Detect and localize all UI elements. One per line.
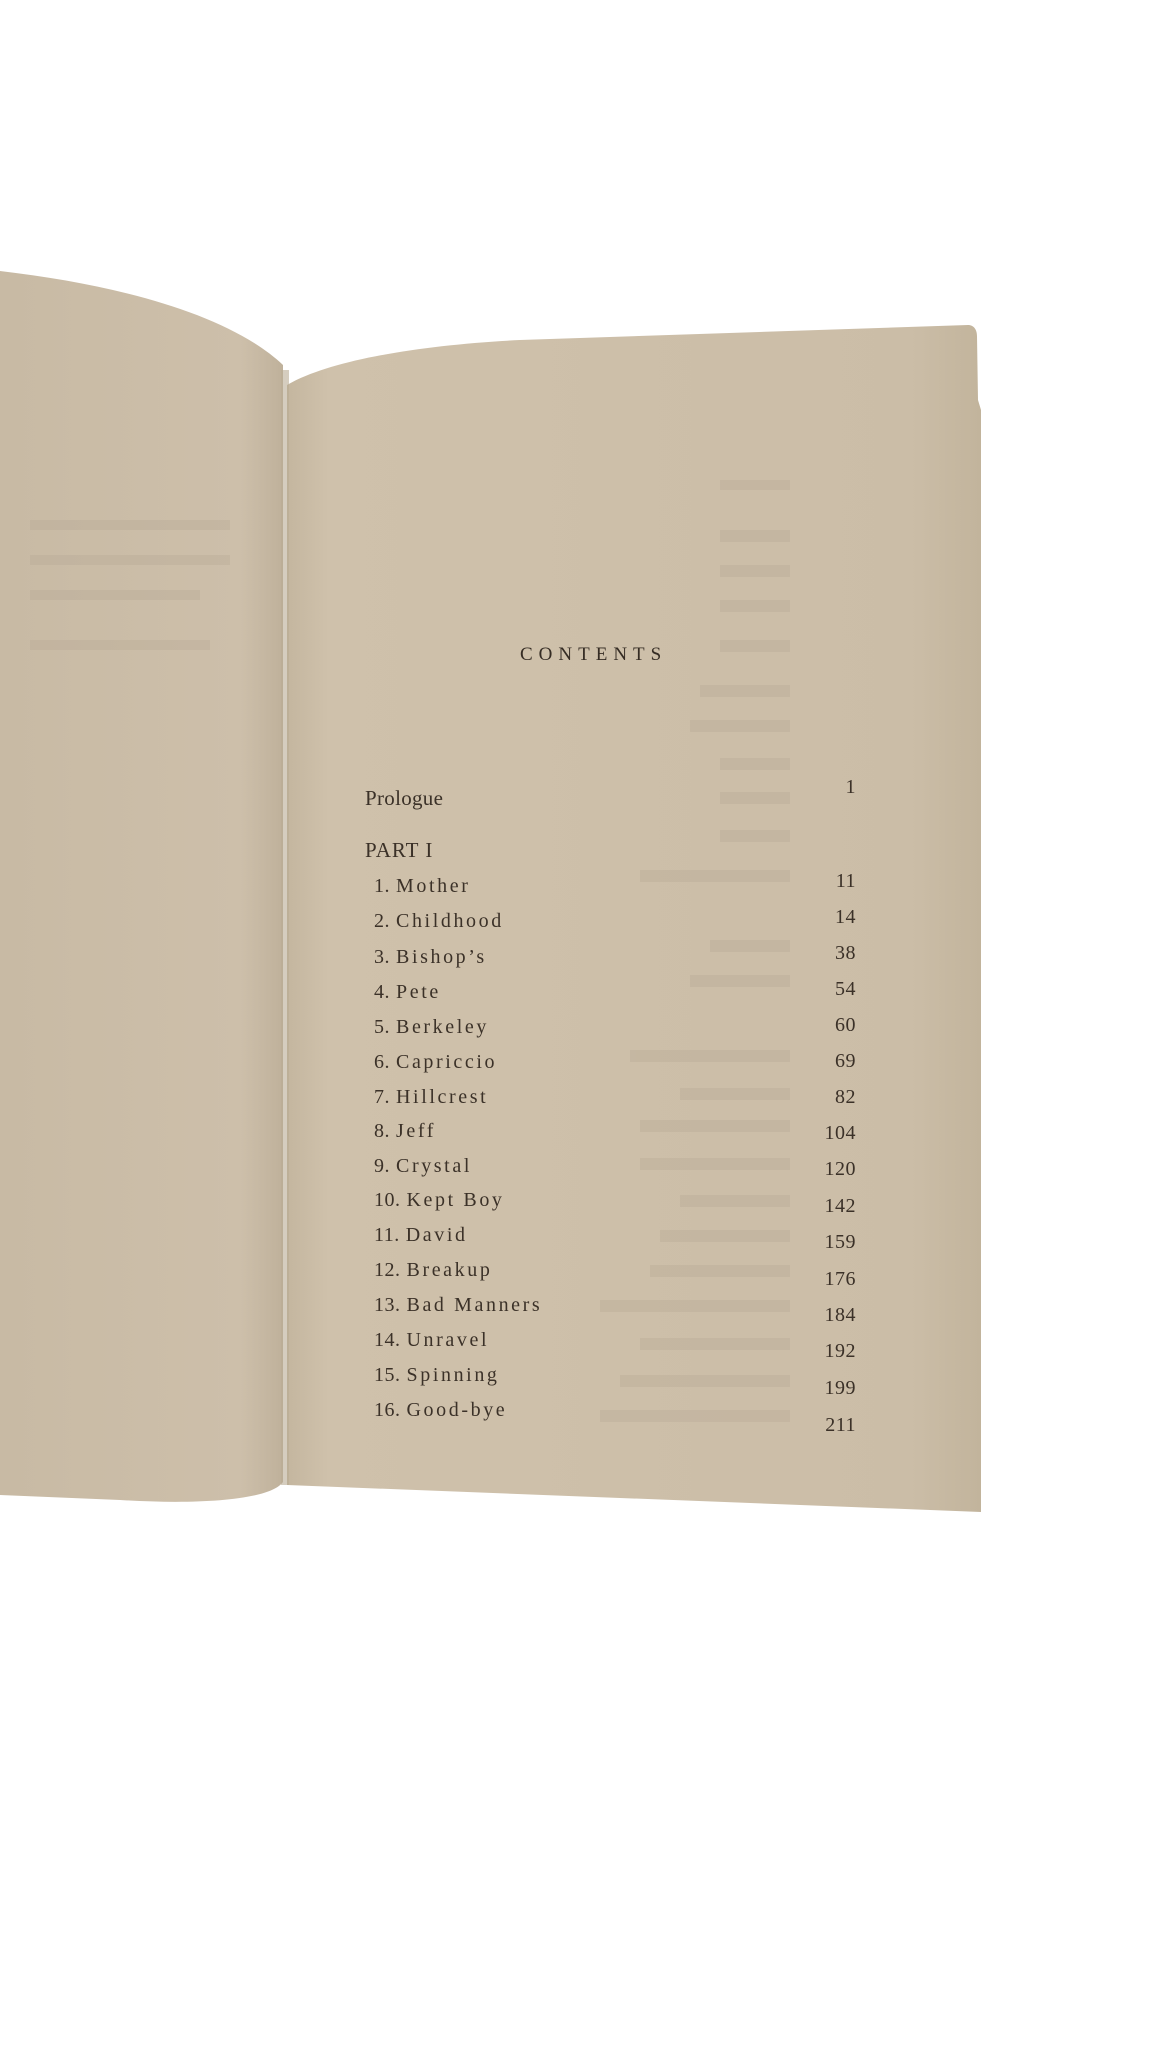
- chapter-title: Childhood: [396, 910, 504, 932]
- chapter-title: Jeff: [396, 1120, 436, 1142]
- chapter-title: Breakup: [407, 1259, 493, 1281]
- chapter-entry: 8.Jeff: [374, 1120, 436, 1143]
- chapter-page-number: 69: [776, 1050, 856, 1073]
- chapter-page-number: 184: [776, 1304, 856, 1327]
- chapter-page-number: 199: [776, 1377, 856, 1400]
- chapter-entry: 14.Unravel: [374, 1329, 489, 1352]
- chapter-entry: 7.Hillcrest: [374, 1086, 488, 1109]
- chapter-entry: 4.Pete: [374, 981, 441, 1004]
- chapter-title: Berkeley: [396, 1016, 489, 1038]
- chapter-page-number: 159: [776, 1231, 856, 1254]
- prologue-entry: Prologue: [365, 786, 443, 811]
- chapter-page-number: 142: [776, 1195, 856, 1218]
- chapter-page-number: 192: [776, 1340, 856, 1363]
- chapter-page-number: 120: [776, 1158, 856, 1181]
- chapter-page-number: 82: [776, 1086, 856, 1109]
- chapter-title: Capriccio: [396, 1051, 497, 1073]
- chapter-title: Hillcrest: [396, 1086, 488, 1108]
- chapter-entry: 3.Bishop’s: [374, 946, 487, 969]
- chapter-title: Good-bye: [407, 1399, 508, 1421]
- chapter-page-number: 38: [776, 942, 856, 965]
- chapter-title: Spinning: [407, 1364, 500, 1386]
- chapter-title: David: [406, 1224, 468, 1246]
- chapter-entry: 13.Bad Manners: [374, 1294, 542, 1317]
- chapter-entry: 1.Mother: [374, 875, 470, 898]
- chapter-entry: 15.Spinning: [374, 1364, 500, 1387]
- open-book: CONTENTS Prologue 1 PART I 1.Mother 11 2…: [0, 0, 1153, 2048]
- part-heading: PART I: [365, 838, 433, 863]
- chapter-entry: 2.Childhood: [374, 910, 504, 933]
- chapter-title: Kept Boy: [407, 1189, 505, 1211]
- chapter-entry: 5.Berkeley: [374, 1016, 489, 1039]
- prologue-page-number: 1: [776, 776, 856, 799]
- table-of-contents: CONTENTS Prologue 1 PART I 1.Mother 11 2…: [0, 0, 1153, 2048]
- chapter-entry: 11.David: [374, 1224, 468, 1247]
- chapter-title: Bad Manners: [407, 1294, 543, 1316]
- chapter-entry: 9.Crystal: [374, 1155, 472, 1178]
- chapter-entry: 16.Good-bye: [374, 1399, 507, 1422]
- chapter-page-number: 60: [776, 1014, 856, 1037]
- contents-heading: CONTENTS: [520, 644, 667, 666]
- chapter-title: Unravel: [407, 1329, 490, 1351]
- chapter-page-number: 211: [776, 1414, 856, 1437]
- chapter-page-number: 104: [776, 1122, 856, 1145]
- chapter-title: Bishop’s: [396, 946, 487, 968]
- chapter-page-number: 54: [776, 978, 856, 1001]
- chapter-page-number: 14: [776, 906, 856, 929]
- chapter-page-number: 176: [776, 1268, 856, 1291]
- chapter-title: Crystal: [396, 1155, 472, 1177]
- chapter-title: Pete: [396, 981, 441, 1003]
- chapter-page-number: 11: [776, 870, 856, 893]
- chapter-title: Mother: [396, 875, 470, 897]
- chapter-entry: 12.Breakup: [374, 1259, 492, 1282]
- chapter-entry: 6.Capriccio: [374, 1051, 497, 1074]
- chapter-entry: 10.Kept Boy: [374, 1189, 505, 1212]
